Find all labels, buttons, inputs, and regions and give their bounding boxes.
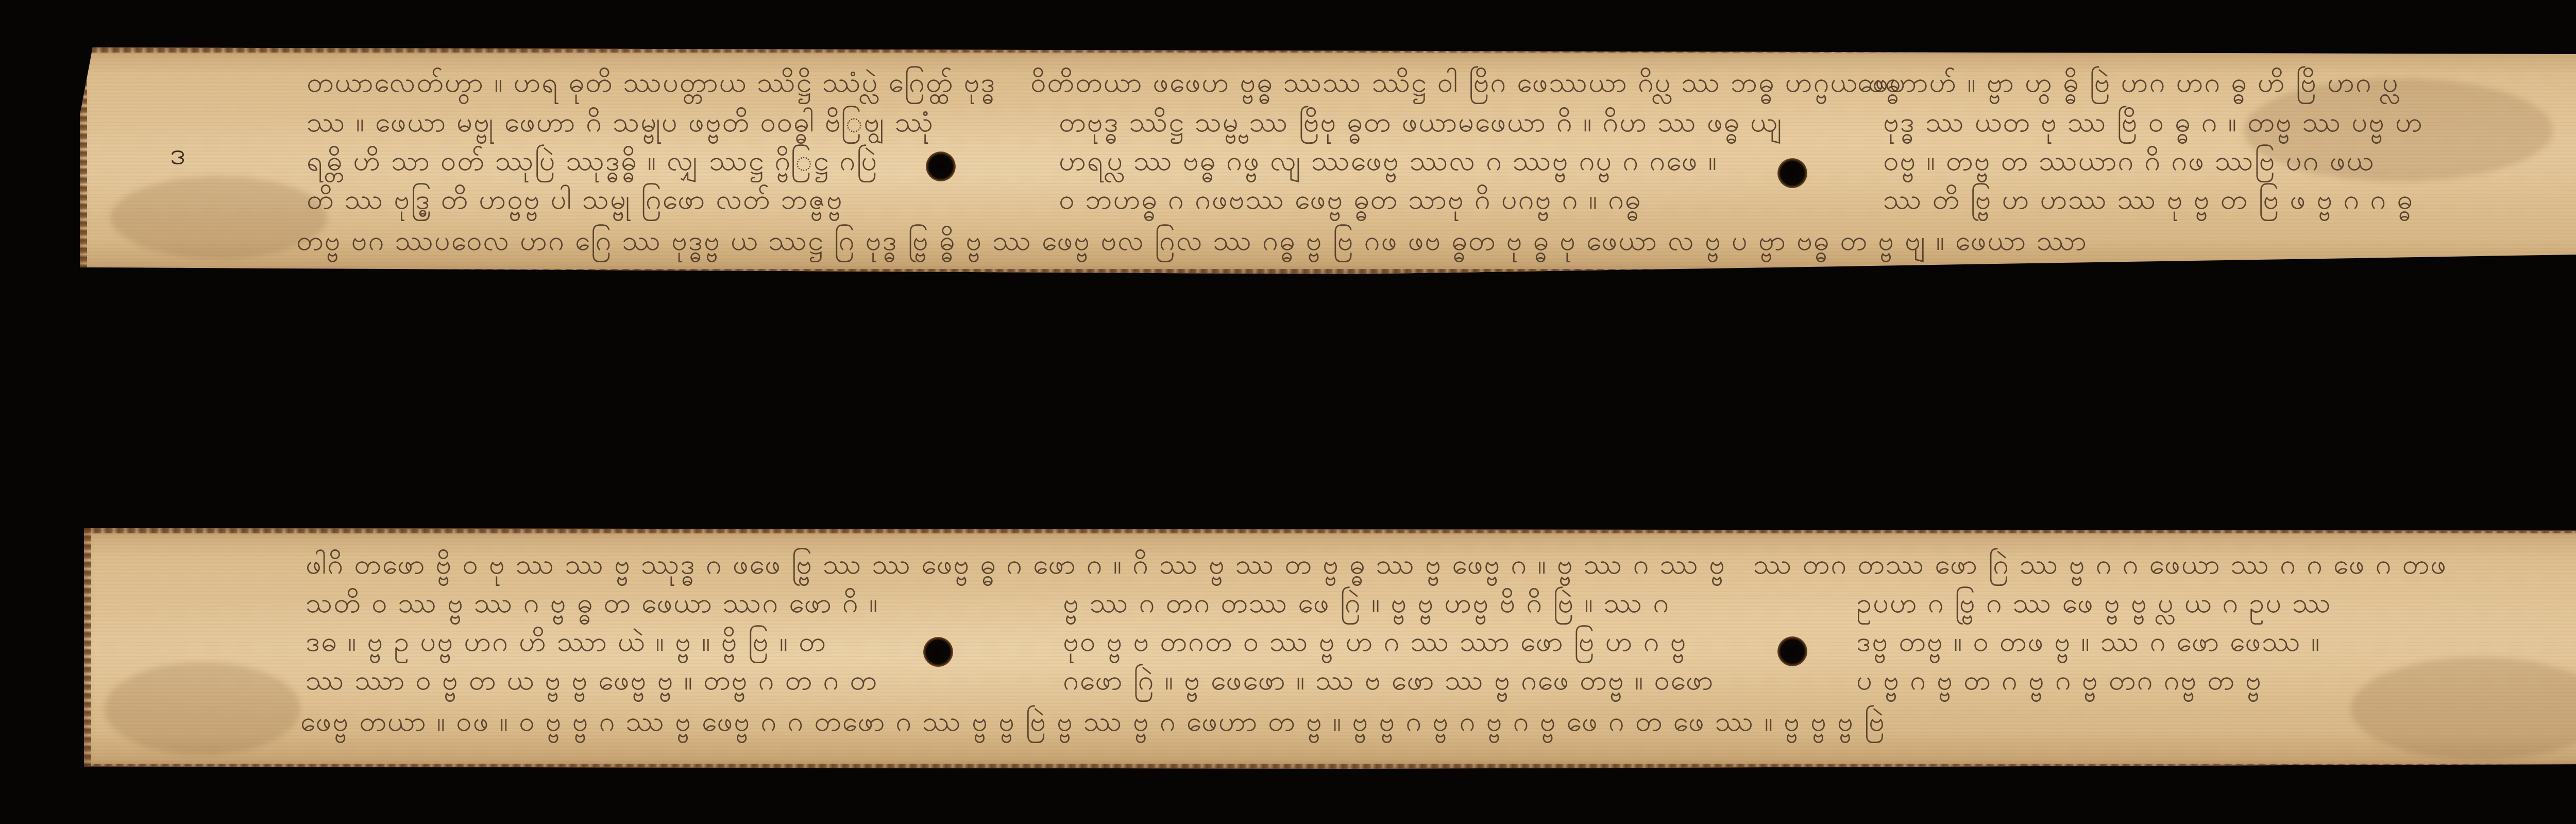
string-hole — [1777, 636, 1807, 666]
text-line: ဖေဟာဟ် ။ ဗ္ဗာ ဟွ ဓ္ဓိ ဗြဲ ဟဂ ဟဂ ဓ္ဓ ဟိ ဗ… — [1857, 67, 2399, 98]
palm-leaf-bottom: ဖါဂိ တဖော ဗ္ဗိ ဝ ဗု ဿ ဿ ဗ္ဗ ဿုဒ္ဓ ဂ ဖဖေ … — [84, 528, 2576, 769]
text-line: ဝ ဘဟဓ္ဓ ဂ ဂဖဗဿ ဖေဗ္ဗ ဓ္ဓတ သာဗု ဂိ ပဂဗ္ဗ … — [1059, 184, 1641, 215]
text-line: ရဓ္တိ ဟိ သာ ဝတ် ဿုပြဲ ဿုဒ္ဓဓ္ဓိ ။ လျှ ဿဋ… — [307, 145, 878, 176]
text-line-full: တဗ္ဗ ဗဂ ဿပဝေလ ဟဂ ဂြေ ဿ ဗုဒ္ဓဗ္ဗ ယ ဿဋ္ဌ ဂ… — [296, 225, 2088, 256]
text-line: ဿ တဂ တဿ ဖော ဂြဲ ဿ ဗ္ဗ ဂ ဂ ဖေယာ ဿ ဂ ဂ ဖေ … — [1753, 549, 2447, 580]
text-line: တိ ဿ ဗုဒ္ဓြ တိ ဟဝ္ဗဗ္ဗ ပါ သမ္ဗု ဂြဖော လတ… — [307, 184, 843, 215]
text-line: ဿ တိ ဗ္ဗြ ဟ ဟဿ ဿ ဗု ဗ္ဗ တ ဗြ ဖ ဗ္ဗ ဂ ဂ ဓ… — [1883, 184, 2414, 215]
text-line: ဗ္ဗ ဿ ဂ တဂ တဿ ဖေ ဂြဲ ။ ဗ္ဗ ဗ္ဗ ဟဗ္ဗ ဗိ ဂ… — [1063, 587, 1670, 618]
text-line: ဂဖော ဂြဲ ။ ဗ္ဗ ဖေဖော ။ ဿ ဗ ဖော ဿ ဗ္ဗ ဂဖေ… — [1063, 665, 1714, 696]
leaf-left-edge — [80, 47, 87, 274]
text-line: တဗုဒ္ဓ ဿိဋ္ဌ သမ္ဗ္ဗ ဿ ဗြိဗု ဓ္ဓတ ဖယာမဖေယ… — [1059, 107, 1783, 138]
string-hole — [926, 152, 956, 181]
stain — [105, 662, 300, 755]
text-line: ဝဗ္ဗ ။ တဗ္ဗ တ ဿယာဂ ဂိ ဂဖ ဿဗြ ပဂ ဖယ — [1883, 145, 2375, 176]
text-line: ဂ ဖော ဂ ။ ဂိ ဿ ဗ္ဗ ဿ တ ဗ္ဗ ဓ္ဓ ဿ ဗ္ဗ ဖေဗ… — [1006, 549, 1726, 580]
leaf-number: ဒ — [170, 135, 185, 179]
text-line: ဖါဂိ တဖော ဗ္ဗိ ဝ ဗု ဿ ဿ ဗ္ဗ ဿုဒ္ဓ ဂ ဖဖေ … — [306, 549, 997, 580]
stain — [2351, 657, 2576, 760]
text-line: ဝိတိတယာ ဖဖေဟ ဗ္ဗဓ္ဓ ဿဿ ဿိဋ္ဌ ဝါ ဗြိဂ ဖေဿ… — [1030, 67, 1902, 98]
text-line: ဟရပ္လ ဿ ဗဓ္ဓ ဂဖ္ဗ လျ ဿဖေဗ္ဗ ဿလ ဂ ဿဗ္ဗ ဂပ… — [1059, 145, 1718, 176]
string-hole — [1777, 158, 1807, 188]
palm-leaf-top: ဒ တယာလေတ်ဟွာ ။ ဟရ ဓုတိ ဿပတ္တာယ ဿိဋ္ဌိ ဿံ… — [80, 47, 2576, 274]
text-line: ဿ ဿာ ဝ ဗ္ဗ တ ယ ဗ္ဗ ဗ္ဗ ဖေဗ္ဗ ဗ္ဗ ။ တဗ္ဗ … — [306, 665, 878, 696]
text-line: ဗုဒ္ဓ ဿ ယတ ဗု ဿ ဗြိ ဝ ဓ္ဓ ဂ ။ တဗ္ဗ ဿ ပဗ္… — [1883, 107, 2424, 138]
text-line: ဿ ။ ဖေယာ မဗ္ဗု ဖေဟာ ဂိ သမ္ဗုပ ဖဗ္ဗတိ ဝဝဓ… — [307, 107, 934, 138]
string-hole — [923, 637, 953, 667]
text-line: ပ ဗ္ဗ ဂ ဗ္ဗ တ ဂ ဗ္ဗ ဂ ဗ္ဗ တဂ ဂဗ္ဗ တ ဗ္ဗ — [1856, 665, 2262, 696]
text-line: ဗုဝ ဗ္ဗ ဗ တဂတ ဝ ဿ ဗ္ဗ ဟ ဂ ဿ ဿာ ဖော ဗြ ဟ … — [1063, 626, 1687, 657]
text-line: ဒဓ ။ ဗ္ဗ ဥ ပဗ္ဗ ဟဂ ဟိ ဿာ ယဲ ။ ဗ္ဗ ။ ဗ္ဗိ… — [306, 626, 827, 657]
text-line: တယာလေတ်ဟွာ ။ ဟရ ဓုတိ ဿပတ္တာယ ဿိဋ္ဌိ ဿံပ္… — [307, 67, 996, 98]
text-line-full: ဖေဗ္ဗ တယာ ။ ဝဖ ။ ဝ ဗ္ဗ ဗ္ဗ ဂ ဿ ဗ္ဗ ဖေဗ္ဗ… — [300, 706, 1886, 737]
text-line: သတိ ဝ ဿ ဗ္ဗ ဿ ဂ ဗ္ဗ ဓ္ဓ တ ဖေယာ ဿဂ ဖော ဂိ… — [306, 587, 878, 618]
text-line: ဥပဟ ဂ ဗ္ဗြ ဂ ဿ ဖေ ဗ္ဗ ဗ္ဗ ပ္လ ယ ဂ ဥပ ဿ — [1856, 587, 2332, 618]
stain — [111, 176, 327, 259]
text-line: ဒဗ္ဗ တဗ္ဗ ။ ဝ တဖ ဗ္ဗ ။ ဿ ဂ ဖော ဖေဿ ။ — [1856, 626, 2320, 657]
leaf-left-edge — [84, 528, 91, 769]
